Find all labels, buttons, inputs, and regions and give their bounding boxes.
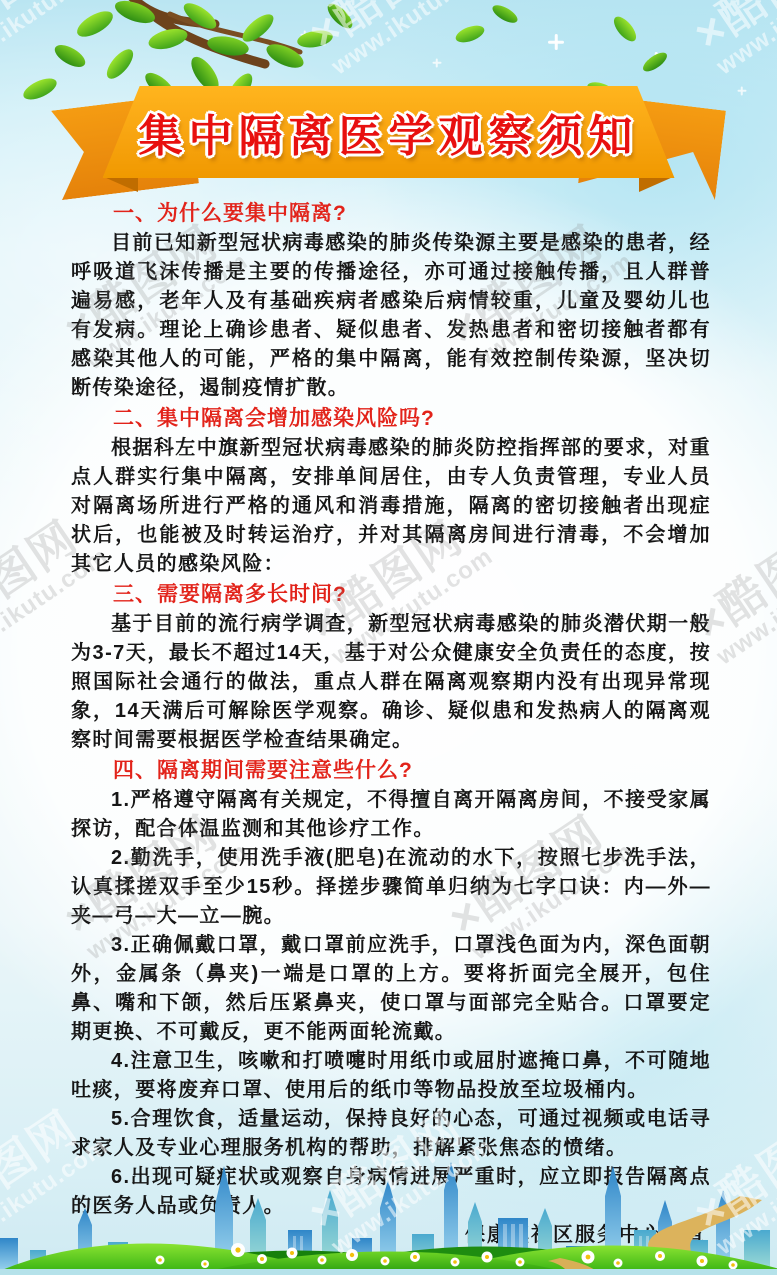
notice-item-4: 4.注意卫生，咳嗽和打喷嚏时用纸巾或屈肘遮掩口鼻，不可随地吐痰，要将废弃口罩、使…: [71, 1047, 711, 1105]
section-heading-2: 二、集中隔离会增加感染风险吗?: [71, 404, 711, 433]
city-skyline-icon: [0, 1130, 777, 1275]
watermark-url: www.ikutu.com: [713, 544, 777, 670]
section-heading-3: 三、需要隔离多长时间?: [71, 580, 711, 609]
poster-title: 集中隔离医学观察须知: [139, 100, 639, 164]
notice-item-1: 1.严格遵守隔离有关规定，不得擅自离开隔离房间，不接受家属探访，配合体温监测和其…: [71, 786, 711, 844]
section-paragraph: 基于目前的流行病学调查，新型冠状病毒感染的肺炎潜伏期一般为3-7天，最长不超过1…: [71, 610, 711, 755]
section-heading-4: 四、隔离期间需要注意些什么?: [71, 756, 711, 785]
section-paragraph: 目前已知新型冠状病毒感染的肺炎传染源主要是感染的患者，经呼吸道飞沫传播是主要的传…: [71, 229, 711, 403]
notice-item-2: 2.勤洗手，使用洗手液(肥皂)在流动的水下，按照七步洗手法，认真揉搓双手至少15…: [71, 844, 711, 931]
notice-item-3: 3.正确佩戴口罩，戴口罩前应洗手，口罩浅色面为内，深色面朝外，金属条（鼻夹)一端…: [71, 931, 711, 1047]
ribbon-fold-right: [639, 177, 673, 192]
section-paragraph: 根据科左中旗新型冠状病毒感染的肺炎防控指挥部的要求，对重点人群实行集中隔离，安排…: [71, 434, 711, 579]
quarantine-notice-poster: 集中隔离医学观察须知 一、为什么要集中隔离? 目前已知新型冠状病毒感染的肺炎传染…: [0, 0, 777, 1275]
ribbon-band: 集中隔离医学观察须知: [103, 86, 675, 178]
bottom-strip: [0, 1269, 777, 1275]
notice-content: 一、为什么要集中隔离? 目前已知新型冠状病毒感染的肺炎传染源主要是感染的患者，经…: [71, 198, 711, 1250]
section-heading-1: 一、为什么要集中隔离?: [71, 199, 711, 228]
ribbon-banner: 集中隔离医学观察须知: [0, 0, 777, 230]
